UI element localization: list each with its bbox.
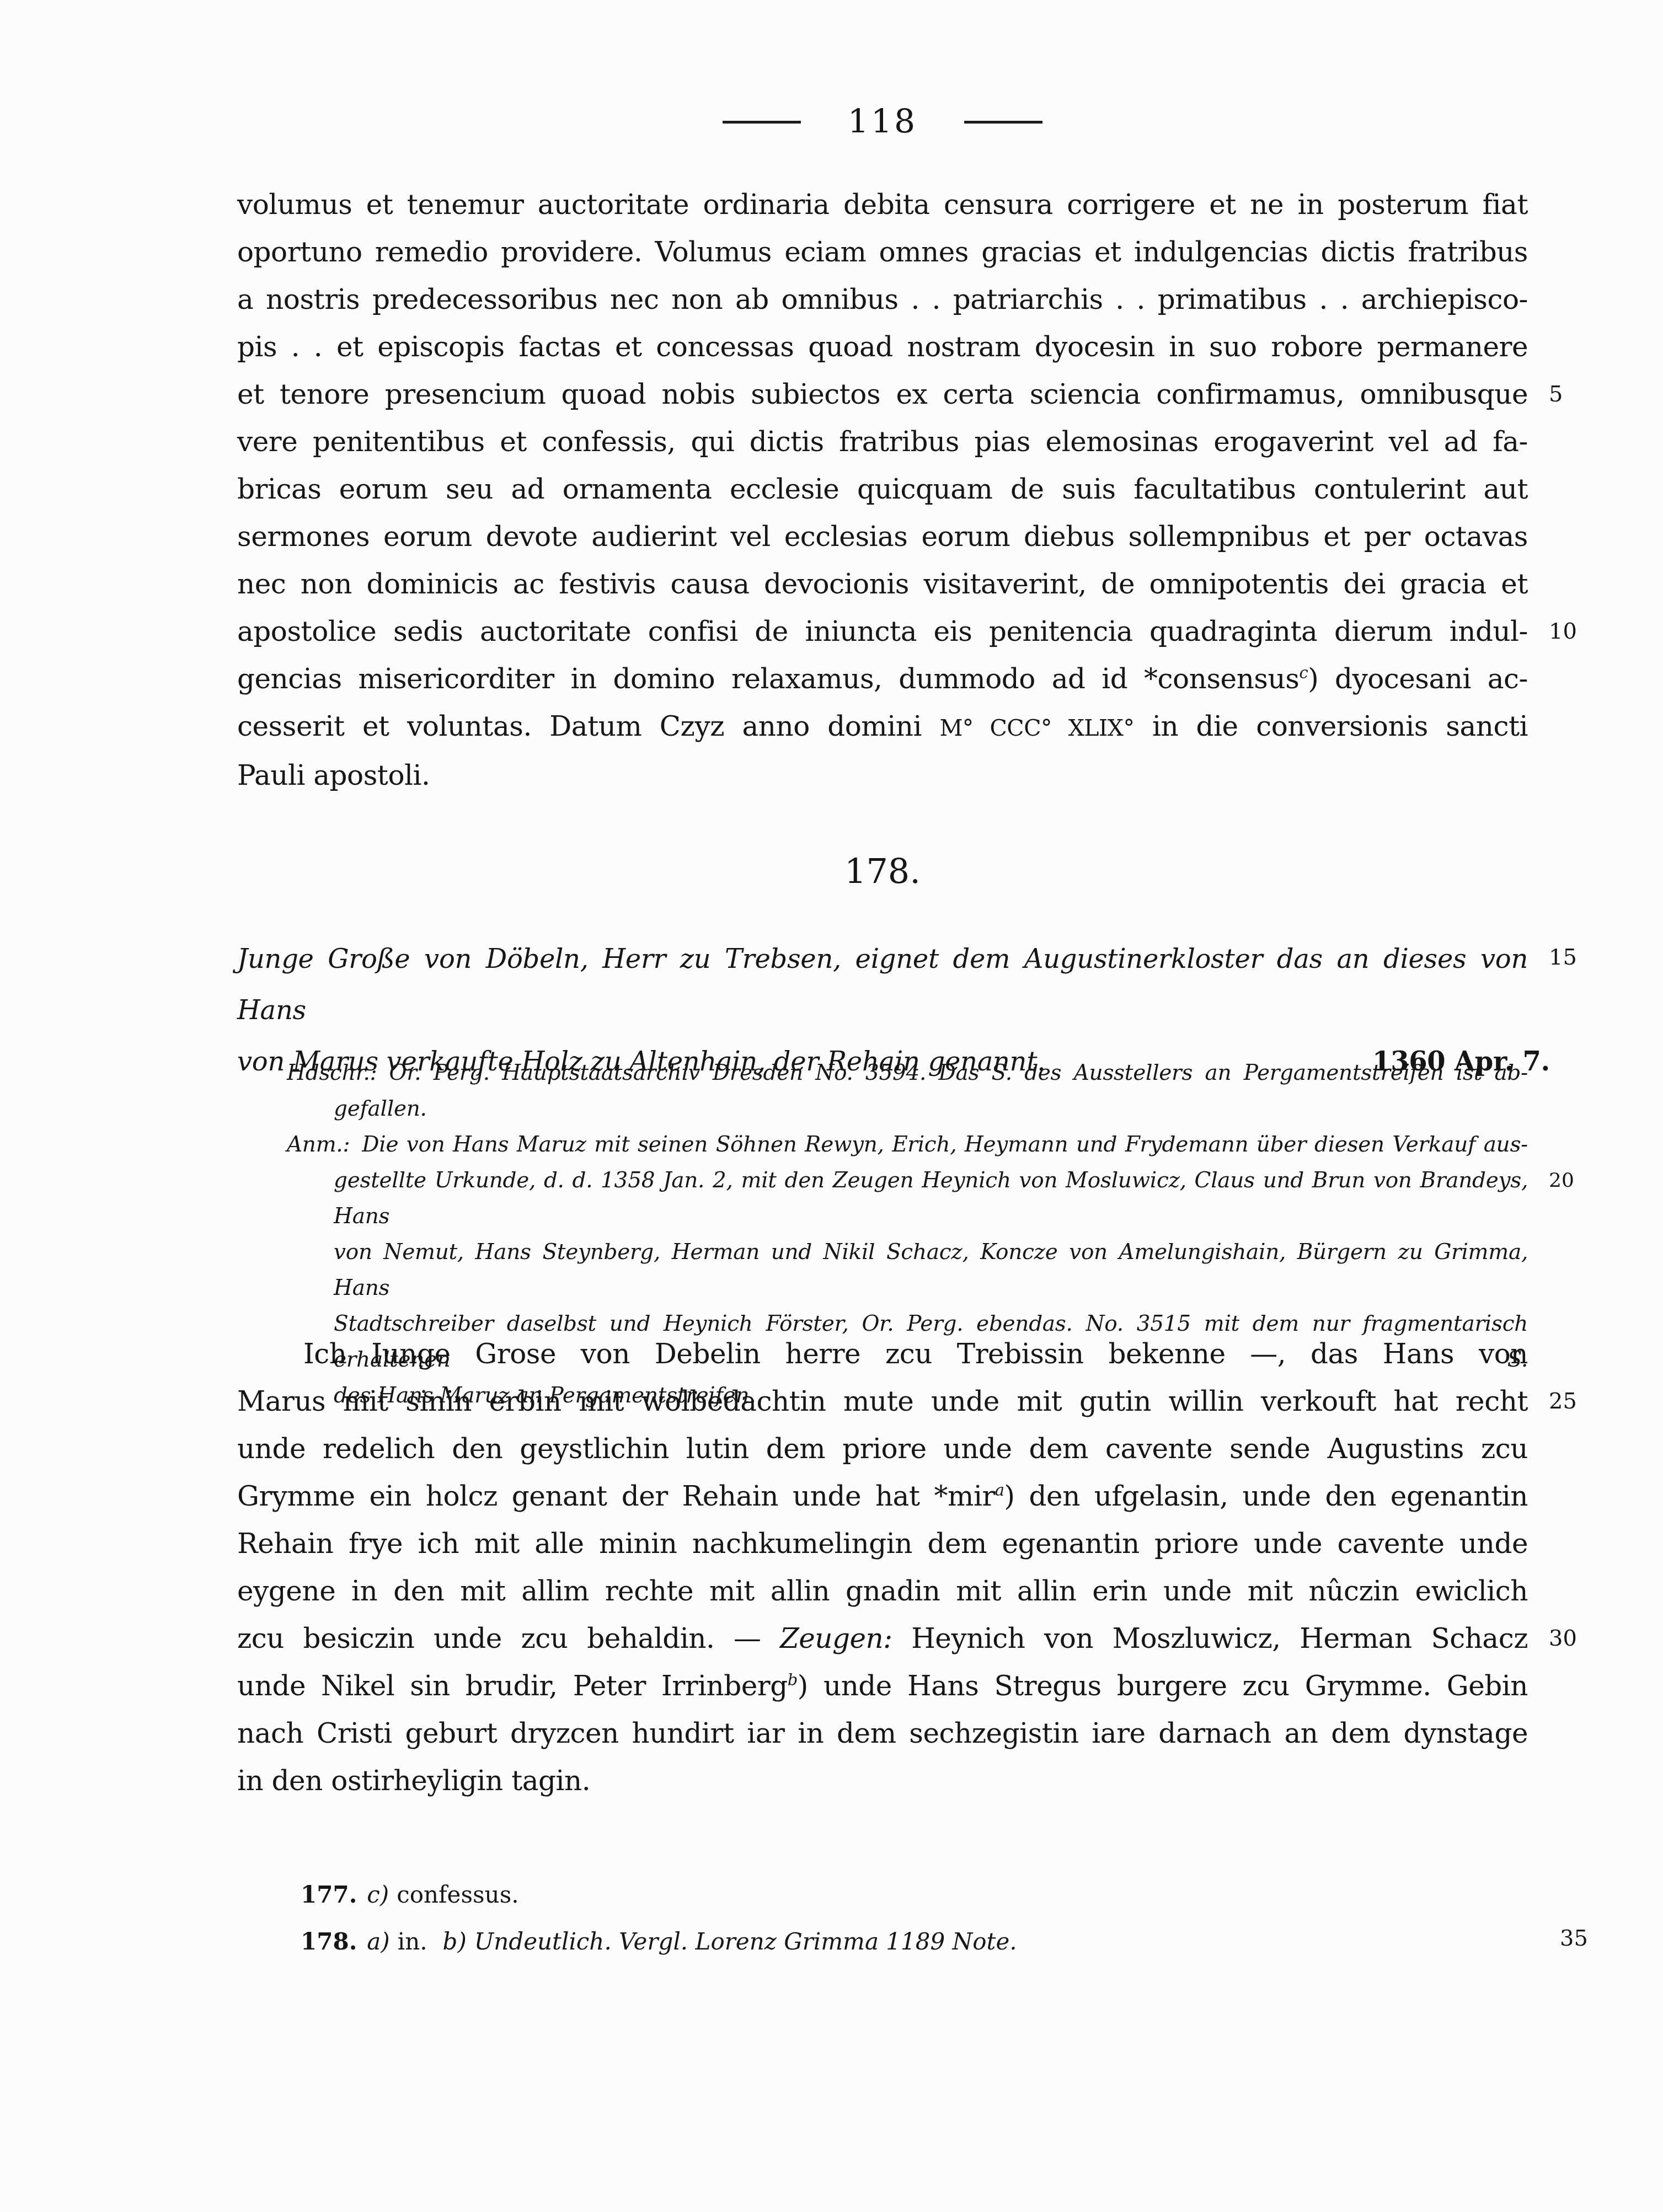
line-text: volumus et tenemur auctoritate ordinaria… — [237, 189, 1528, 221]
line-text: unde Nikel sin brudir, Peter Irrinberg — [237, 1670, 788, 1702]
line-text: cesserit et voluntas. Datum Czyz anno do… — [237, 710, 939, 742]
footnote-text: in. — [398, 1928, 427, 1955]
source-note-line: gefallen. — [334, 1091, 1528, 1127]
zeugen-emphasis: Zeugen: — [780, 1622, 892, 1654]
line-text: in den ostirheyligin tagin. — [237, 1765, 590, 1797]
footnote-entry-number: 177. — [301, 1881, 357, 1908]
text-line: volumus et tenemur auctoritate ordinaria… — [237, 181, 1528, 228]
text-line: gencias misericorditer in domino relaxam… — [237, 655, 1528, 703]
text-line: a nostris predecessoribus nec non ab omn… — [237, 276, 1528, 323]
line-text: Marus mit sinin erbin mit wolbedachtin m… — [237, 1385, 1528, 1417]
text-line: nach Cristi geburt dryzcen hundirt iar i… — [237, 1710, 1528, 1757]
line-text: Ich Iunge Grose von Debelin herre zcu Tr… — [303, 1338, 1528, 1370]
line-text: oportuno remedio providere. Volumus ecia… — [237, 236, 1528, 268]
footnote-sigla: b) — [443, 1928, 467, 1955]
annotation-note-line: von Nemut, Hans Steynberg, Herman und Ni… — [334, 1234, 1528, 1306]
annotation-note-line: gestellte Urkunde, d. d. 1358 Jan. 2, mi… — [334, 1163, 1528, 1234]
footnote-text: Undeutlich. Vergl. Lorenz Grimma 1189 No… — [474, 1928, 1017, 1955]
footnote: 178.a)in.b)Undeutlich. Vergl. Lorenz Gri… — [301, 1924, 1528, 1959]
footnote-sigla: c) — [367, 1881, 389, 1908]
footnote-entry-number: 178. — [301, 1928, 357, 1955]
text-line: Rehain frye ich mit alle minin nachkumel… — [237, 1520, 1528, 1567]
text-line: unde Nikel sin brudir, Peter Irrinbergb)… — [237, 1662, 1528, 1710]
summary-line: Junge Große von Döbeln, Herr zu Trebsen,… — [237, 934, 1528, 1036]
source-note-label: Hdschr.: — [287, 1061, 377, 1085]
annotation-note-label: Anm.: — [287, 1132, 350, 1157]
text-line: apostolice sedis auctoritate confisi de … — [237, 608, 1528, 655]
line-text: in die conversionis sancti — [1134, 710, 1528, 742]
text-line: et tenore presencium quoad nobis subiect… — [237, 371, 1528, 418]
line-text: vere penitentibus et confessis, qui dict… — [237, 426, 1528, 458]
line-text: bricas eorum seu ad ornamenta ecclesie q… — [237, 473, 1528, 505]
entry-number-heading: 178. — [237, 852, 1528, 891]
line-text: apostolice sedis auctoritate confisi de … — [237, 615, 1528, 647]
text-line: Ich Iunge Grose von Debelin herre zcu Tr… — [237, 1330, 1528, 1378]
line-text: von Nemut, Hans Steynberg, Herman und Ni… — [334, 1240, 1528, 1300]
line-text: gefallen. — [334, 1096, 427, 1121]
line-text: Pauli apostoli. — [237, 759, 430, 791]
line-text: sermones eorum devote audierint vel eccl… — [237, 521, 1528, 553]
variant-sigla-superscript: a — [995, 1481, 1004, 1499]
line-text: Junge Große von Döbeln, Herr zu Trebsen,… — [237, 944, 1528, 1026]
text-line: nec non dominicis ac festivis causa devo… — [237, 560, 1528, 608]
line-text: ) unde Hans Stregus burgere zcu Grymme. … — [798, 1670, 1528, 1702]
line-text: Grymme ein holcz genant der Rehain unde … — [237, 1480, 995, 1512]
sheet-signature: 35 — [1560, 1926, 1588, 1951]
margin-line-number: 5 — [1549, 371, 1563, 418]
variant-sigla-superscript: b — [788, 1670, 798, 1689]
text-line: vere penitentibus et confessis, qui dict… — [237, 418, 1528, 465]
line-text: Heynich von Moszluwicz, Herman Schacz — [892, 1622, 1528, 1654]
text-line: oportuno remedio providere. Volumus ecia… — [237, 228, 1528, 276]
line-text: Die von Hans Maruz mit seinen Söhnen Rew… — [362, 1132, 1528, 1157]
text-line: eygene in den mit allim rechte mit allin… — [237, 1567, 1528, 1615]
page-number: 118 — [848, 103, 918, 141]
line-text: ) dyocesani ac- — [1308, 663, 1528, 695]
header-rule-left — [723, 121, 801, 124]
line-text: et tenore presencium quoad nobis subiect… — [237, 378, 1528, 410]
running-head: 118 — [237, 102, 1528, 142]
line-text: Rehain frye ich mit alle minin nachkumel… — [237, 1528, 1528, 1560]
line-text: zcu besiczin unde zcu behaldin. — — [237, 1622, 780, 1654]
text-line: bricas eorum seu ad ornamenta ecclesie q… — [237, 465, 1528, 513]
line-text: a nostris predecessoribus nec non ab omn… — [237, 283, 1528, 315]
variant-sigla-superscript: c — [1299, 663, 1308, 682]
latin-paragraph: volumus et tenemur auctoritate ordinaria… — [237, 181, 1528, 799]
text-line: Pauli apostoli. — [237, 752, 1528, 799]
footnote: 177.c)confessus. — [301, 1877, 1528, 1913]
text-line: Grymme ein holcz genant der Rehain unde … — [237, 1472, 1528, 1520]
line-text: Or. Perg. Hauptstaatsarchiv Dresden No. … — [389, 1061, 1528, 1085]
line-text: nach Cristi geburt dryzcen hundirt iar i… — [237, 1717, 1528, 1749]
line-text: nec non dominicis ac festivis causa devo… — [237, 568, 1528, 600]
roman-numeral-date: M° CCC° XLIX° — [939, 715, 1134, 741]
margin-line-number: 30 — [1549, 1615, 1577, 1662]
line-text: pis . . et episcopis factas et concessas… — [237, 331, 1528, 363]
footnote-text: confessus. — [397, 1881, 518, 1908]
scanned-document-page: 118 volumus et tenemur auctoritate ordin… — [0, 0, 1663, 2212]
footnote-sigla: a) — [367, 1928, 389, 1955]
text-line: sermones eorum devote audierint vel eccl… — [237, 513, 1528, 560]
text-line: in den ostirheyligin tagin. — [237, 1757, 1528, 1804]
margin-line-number: 25 — [1549, 1378, 1577, 1425]
text-line: zcu besiczin unde zcu behaldin. — Zeugen… — [237, 1615, 1528, 1662]
line-text: unde redelich den geystlichin lutin dem … — [237, 1433, 1528, 1465]
header-rule-right — [964, 121, 1042, 124]
text-line: unde redelich den geystlichin lutin dem … — [237, 1425, 1528, 1472]
source-note-line: Hdschr.:Or. Perg. Hauptstaatsarchiv Dres… — [287, 1055, 1528, 1091]
text-line: pis . . et episcopis factas et concessas… — [237, 323, 1528, 371]
margin-line-number: 20 — [1549, 1163, 1574, 1198]
line-text: ) den ufgelasin, unde den egenantin — [1004, 1480, 1528, 1512]
line-text: gencias misericorditer in domino relaxam… — [237, 663, 1299, 695]
text-line: Marus mit sinin erbin mit wolbedachtin m… — [237, 1378, 1528, 1425]
margin-line-number: 15 — [1549, 934, 1577, 981]
line-text: eygene in den mit allim rechte mit allin… — [237, 1575, 1528, 1607]
line-text: gestellte Urkunde, d. d. 1358 Jan. 2, mi… — [334, 1168, 1528, 1229]
text-line: cesserit et voluntas. Datum Czyz anno do… — [237, 703, 1528, 752]
footnotes: 177.c)confessus. 178.a)in.b)Undeutlich. … — [237, 1877, 1528, 1970]
margin-line-number: 10 — [1549, 608, 1577, 655]
annotation-note-line: Anm.:Die von Hans Maruz mit seinen Söhne… — [287, 1127, 1528, 1163]
charter-text: Ich Iunge Grose von Debelin herre zcu Tr… — [237, 1330, 1528, 1804]
